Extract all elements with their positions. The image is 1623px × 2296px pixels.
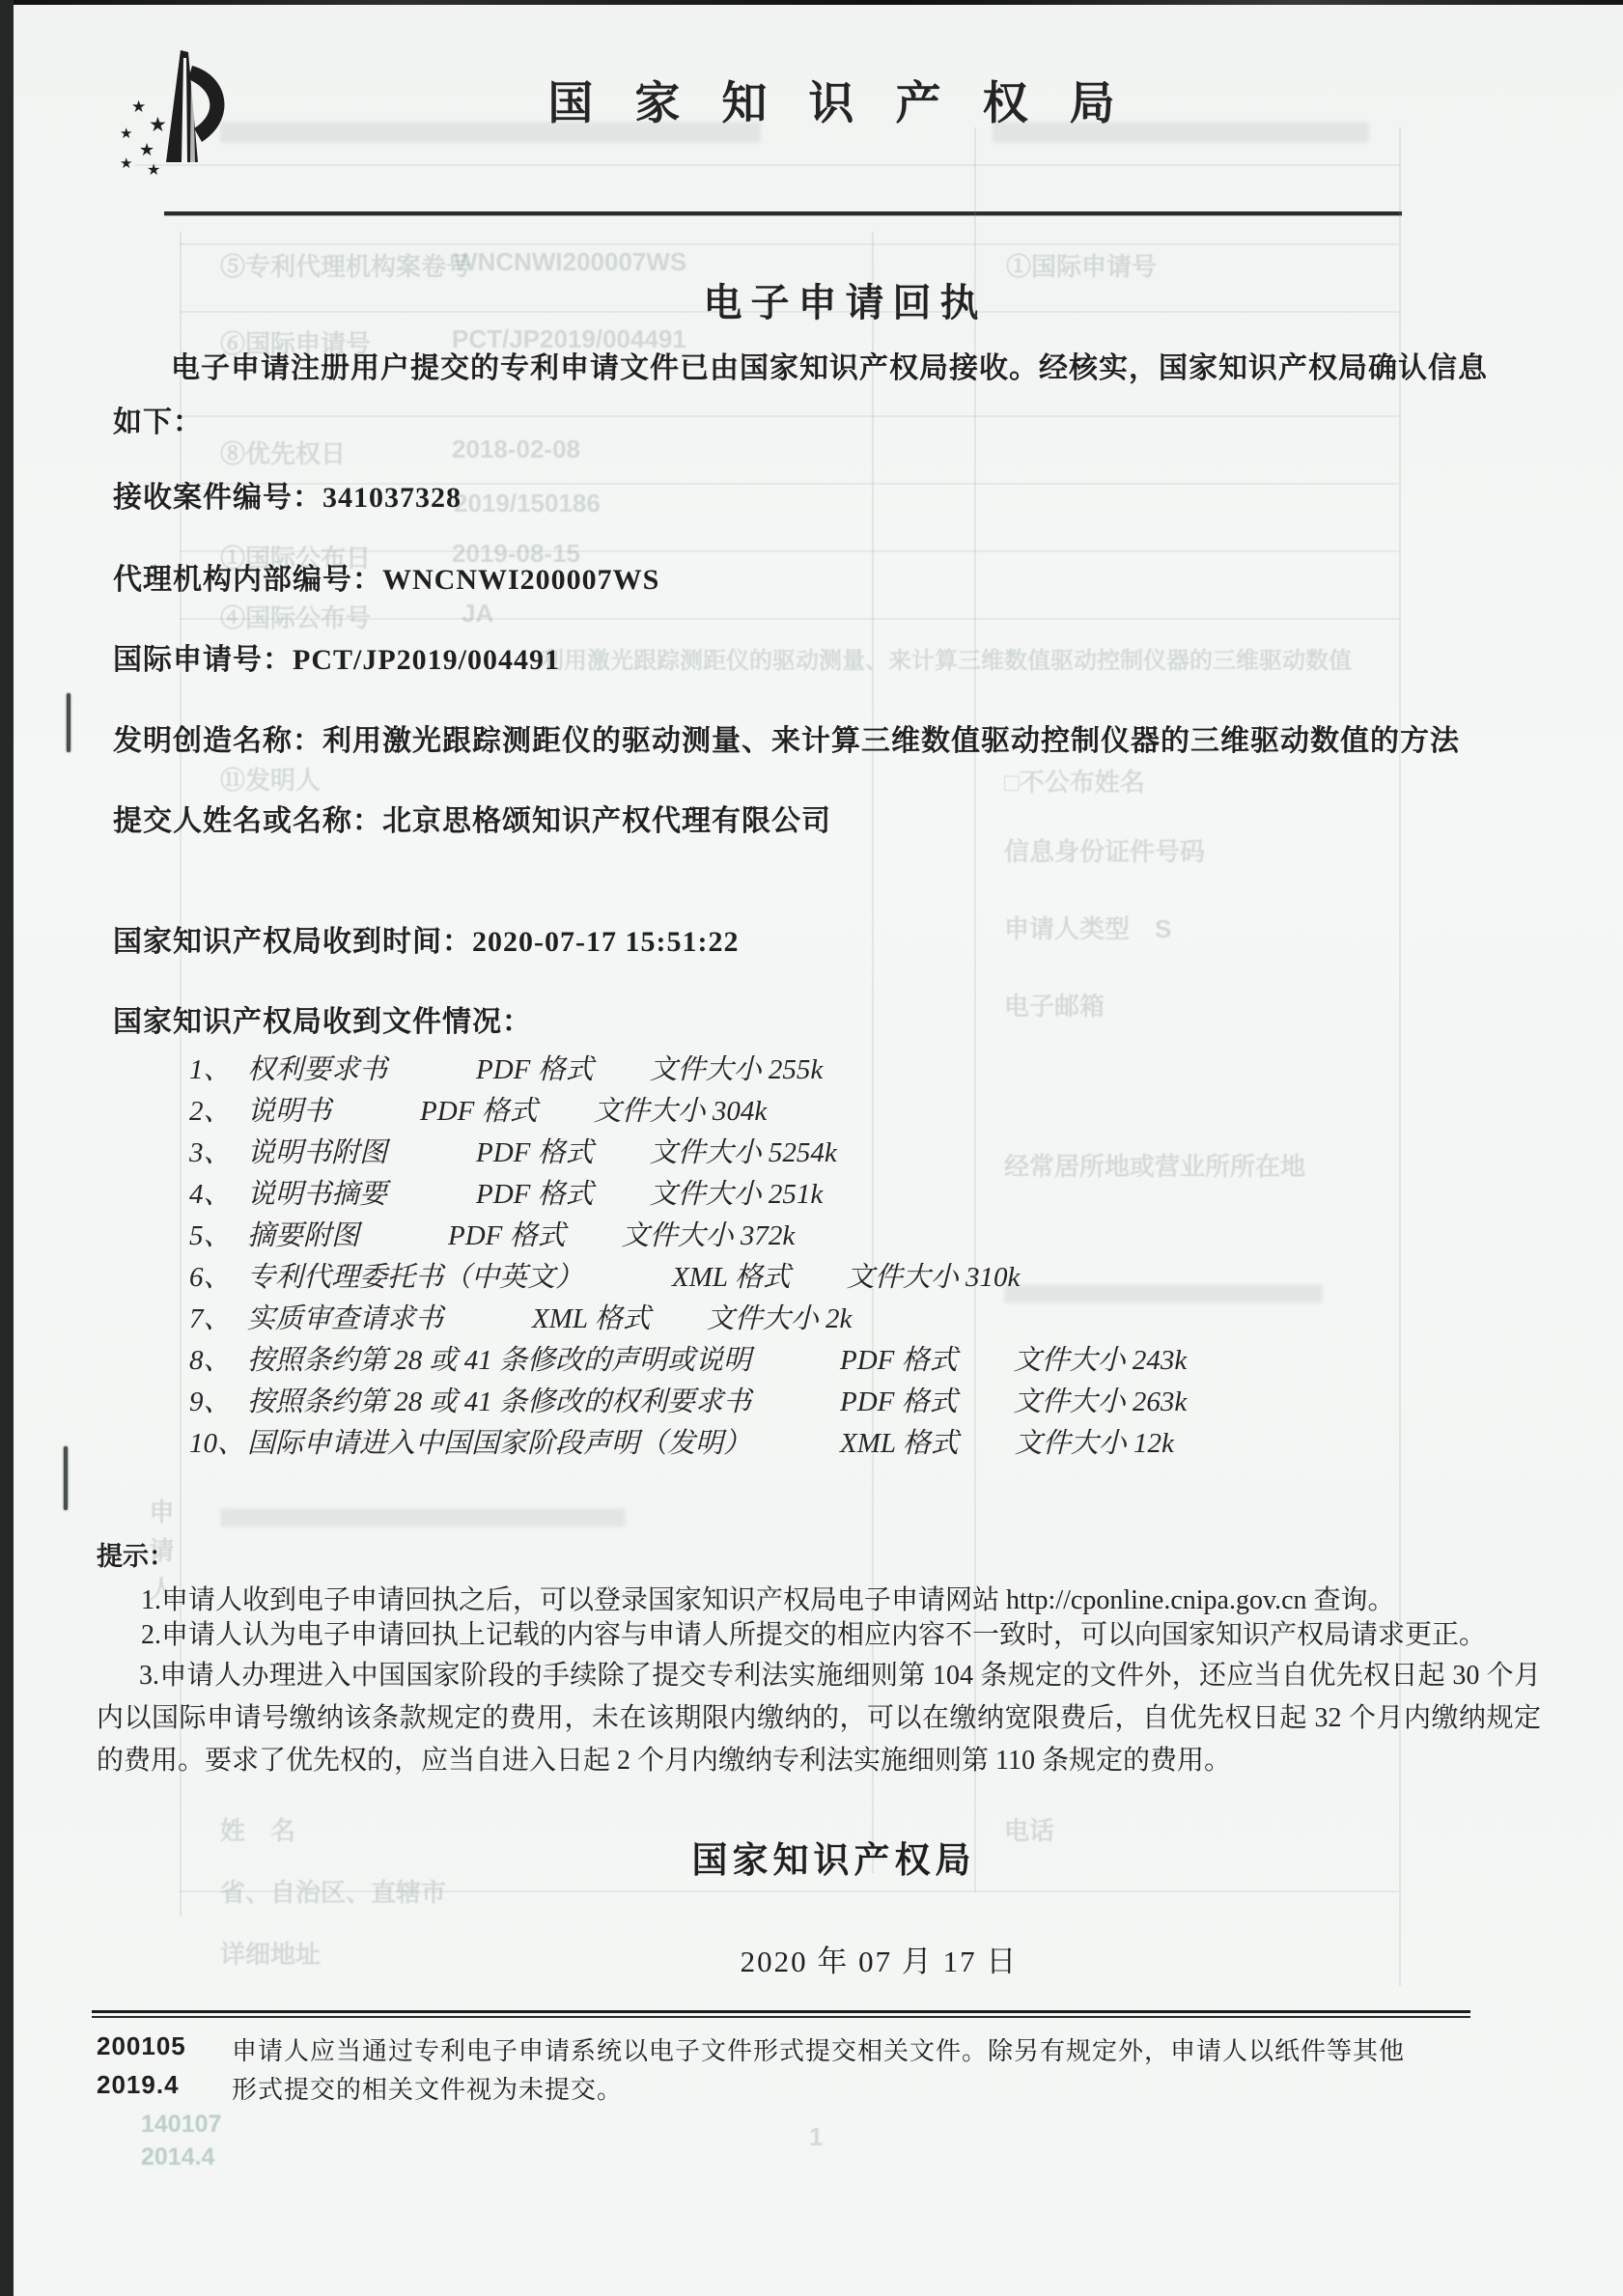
- file-number: 10、: [189, 1421, 247, 1461]
- ghost-fragment: □不公布姓名: [1004, 763, 1145, 798]
- ghost-illegible-row: [993, 122, 1369, 143]
- field-value: 北京思格颂知识产权代理有限公司: [382, 805, 831, 837]
- file-format: PDF 格式: [420, 1096, 538, 1127]
- file-format: PDF 格式: [840, 1386, 958, 1417]
- svg-text:★: ★: [149, 113, 167, 136]
- svg-text:★: ★: [120, 125, 132, 142]
- file-number: 9、: [189, 1380, 247, 1419]
- svg-text:★: ★: [147, 160, 160, 179]
- file-row: 4、说明书摘要PDF 格式文件大小 251k: [189, 1172, 823, 1212]
- footer-rule: [92, 2016, 1470, 2018]
- file-size: 文件大小 372k: [622, 1220, 796, 1251]
- form-code-date: 2019.4: [97, 2070, 180, 2100]
- ghost-fragment: JA: [462, 599, 493, 629]
- file-name: 摘要附图: [247, 1220, 359, 1251]
- intro-line: 电子申请注册用户提交的专利申请文件已由国家知识产权局接收。经核实，国家知识产权局…: [171, 344, 1488, 386]
- signature-date: 2020 年 07 月 17 日: [0, 1937, 1623, 1980]
- signature-org: 国家知识产权局: [0, 1831, 1623, 1883]
- field-label: 代理机构内部编号：: [113, 564, 382, 596]
- field-value: 2020-07-17 15:51:22: [472, 926, 739, 958]
- note-item: 2.申请人认为电子申请回执上记载的内容与申请人所提交的相应内容不一致时，可以向国…: [141, 1613, 1486, 1652]
- ghost-fragment: 申请人类型 S: [1004, 910, 1171, 945]
- file-row: 9、按照条约第 28 或 41 条修改的权利要求书PDF 格式文件大小 263k: [189, 1380, 1187, 1419]
- file-name: 说明书: [247, 1096, 331, 1127]
- file-format: PDF 格式: [476, 1054, 594, 1085]
- field-row: 国际申请号：PCT/JP2019/004491: [113, 635, 560, 678]
- file-name: 权利要求书: [247, 1054, 387, 1085]
- ghost-form-code: 140107: [141, 2111, 221, 2139]
- field-label: 国际申请号：: [113, 644, 293, 676]
- field-label: 发明创造名称：: [113, 725, 322, 757]
- footer-note-line: 形式提交的相关文件视为未提交。: [232, 2070, 623, 2106]
- file-number: 2、: [189, 1089, 247, 1129]
- file-name: 说明书摘要: [247, 1179, 387, 1210]
- file-format: XML 格式: [672, 1262, 791, 1293]
- note-item: 1.申请人收到电子申请回执之后，可以登录国家知识产权局电子申请网站 http:/…: [141, 1579, 1395, 1617]
- ghost-fragment: 2018-02-08: [452, 434, 580, 464]
- field-value: 341037328: [322, 482, 462, 514]
- file-name: 专利代理委托书（中英文）: [247, 1262, 583, 1293]
- ghost-fragment: ⑪发明人: [220, 761, 321, 797]
- file-format: XML 格式: [532, 1303, 651, 1334]
- ghost-illegible-row: [1004, 1284, 1323, 1303]
- scan-top-edge: [0, 0, 1623, 5]
- svg-text:★: ★: [139, 140, 154, 160]
- staple-mark: [64, 1446, 68, 1510]
- footer-note-line: 申请人应当通过专利电子申请系统以电子文件形式提交相关文件。除另有规定外，申请人以…: [232, 2031, 1405, 2067]
- file-name: 按照条约第 28 或 41 条修改的权利要求书: [247, 1386, 751, 1417]
- scanned-receipt-page: ⑤专利代理机构案卷号 WNCNWI200007WS ①国际申请号 ⑥国际申请号 …: [0, 0, 1623, 2296]
- svg-text:★: ★: [131, 98, 146, 117]
- file-size: 文件大小 12k: [1015, 1428, 1174, 1459]
- ghost-table-line: [180, 415, 1399, 417]
- file-row: 6、专利代理委托书（中英文）XML 格式文件大小 310k: [189, 1255, 1020, 1295]
- field-value: PCT/JP2019/004491: [293, 644, 560, 676]
- file-number: 6、: [189, 1255, 247, 1295]
- file-row: 1、权利要求书PDF 格式文件大小 255k: [189, 1048, 823, 1087]
- file-format: PDF 格式: [448, 1220, 566, 1251]
- field-label: 国家知识产权局收到时间：: [113, 926, 472, 958]
- ghost-fragment: WNCNWI200007WS: [454, 247, 686, 277]
- notes-heading: 提示：: [97, 1535, 175, 1573]
- file-row: 8、按照条约第 28 或 41 条修改的声明或说明PDF 格式文件大小 243k: [189, 1338, 1187, 1378]
- file-row: 10、国际申请进入中国国家阶段声明（发明）XML 格式文件大小 12k: [189, 1421, 1174, 1461]
- file-size: 文件大小 251k: [650, 1179, 824, 1210]
- file-number: 8、: [189, 1338, 247, 1378]
- ghost-page-number: 1: [809, 2122, 823, 2152]
- ghost-fragment: 电子邮箱: [1004, 987, 1105, 1022]
- header-rule: [164, 211, 1402, 215]
- ghost-fragment: ⑤专利代理机构案卷号: [220, 247, 471, 283]
- ghost-form-code: 2014.4: [141, 2143, 214, 2171]
- footer-rule: [92, 2010, 1470, 2013]
- ghost-illegible-row: [220, 122, 761, 143]
- field-row: 代理机构内部编号：WNCNWI200007WS: [113, 555, 659, 598]
- file-size: 文件大小 304k: [594, 1096, 768, 1127]
- ghost-fragment: 信息身份证件号码: [1004, 832, 1205, 868]
- file-number: 4、: [189, 1172, 247, 1212]
- file-format: XML 格式: [840, 1428, 959, 1459]
- ghost-illegible-row: [220, 1508, 626, 1527]
- file-format: PDF 格式: [840, 1345, 958, 1376]
- file-name: 说明书附图: [247, 1137, 387, 1168]
- ghost-fragment: ④国际公布号: [220, 599, 371, 634]
- file-number: 5、: [189, 1214, 247, 1253]
- cnipa-logo-icon: ★ ★ ★ ★ ★ ★: [104, 46, 268, 182]
- field-value: WNCNWI200007WS: [382, 564, 659, 596]
- field-label: 接收案件编号：: [113, 482, 322, 514]
- ghost-table-line: [180, 243, 1399, 245]
- file-size: 文件大小 263k: [1014, 1386, 1188, 1417]
- ghost-fragment: ⑧优先权日: [220, 434, 346, 470]
- file-name: 按照条约第 28 或 41 条修改的声明或说明: [247, 1345, 751, 1376]
- field-row: 国家知识产权局收到时间：2020-07-17 15:51:22: [113, 917, 739, 960]
- file-number: 1、: [189, 1048, 247, 1087]
- ghost-fragment: 经常居所地或营业所所在地: [1004, 1147, 1305, 1183]
- file-number: 7、: [189, 1297, 247, 1336]
- ghost-fragment: 利用激光跟踪测距仪的驱动测量、来计算三维数值驱动控制仪器的三维驱动数值: [541, 641, 1352, 675]
- file-size: 文件大小 310k: [847, 1262, 1021, 1293]
- ghost-fragment: 2019/150186: [454, 489, 601, 518]
- ghost-table-line: [135, 164, 1400, 166]
- file-row: 2、说明书PDF 格式文件大小 304k: [189, 1089, 767, 1129]
- svg-text:★: ★: [120, 154, 132, 172]
- field-label: 提交人姓名或名称：: [113, 805, 382, 837]
- file-format: PDF 格式: [476, 1137, 594, 1168]
- file-format: PDF 格式: [476, 1179, 594, 1210]
- field-row: 提交人姓名或名称：北京思格颂知识产权代理有限公司: [113, 797, 831, 839]
- ghost-fragment: ①国际申请号: [1006, 247, 1157, 283]
- file-row: 7、实质审查请求书XML 格式文件大小 2k: [189, 1297, 852, 1336]
- file-row: 3、说明书附图PDF 格式文件大小 5254k: [189, 1131, 837, 1170]
- file-size: 文件大小 243k: [1014, 1345, 1188, 1376]
- file-size: 文件大小 255k: [650, 1054, 824, 1085]
- file-size: 文件大小 2k: [707, 1303, 853, 1334]
- file-row: 5、摘要附图PDF 格式文件大小 372k: [189, 1214, 795, 1253]
- staple-mark: [67, 693, 70, 752]
- form-code: 200105: [97, 2031, 186, 2061]
- field-row: 接收案件编号：341037328: [113, 473, 462, 516]
- intro-line: 如下：: [113, 398, 203, 440]
- file-name: 实质审查请求书: [247, 1303, 443, 1334]
- file-size: 文件大小 5254k: [650, 1137, 837, 1168]
- file-name: 国际申请进入中国国家阶段声明（发明）: [247, 1428, 751, 1459]
- files-heading: 国家知识产权局收到文件情况：: [113, 997, 532, 1040]
- note-item: 3.申请人办理进入中国国家阶段的手续除了提交专利法实施细则第 104 条规定的文…: [97, 1655, 1541, 1782]
- file-number: 3、: [189, 1131, 247, 1170]
- ghost-table-line: [180, 311, 1399, 313]
- field-row: 发明创造名称：利用激光跟踪测距仪的驱动测量、来计算三维数值驱动控制仪器的三维驱动…: [113, 716, 1460, 759]
- field-value: 利用激光跟踪测距仪的驱动测量、来计算三维数值驱动控制仪器的三维驱动数值的方法: [322, 725, 1460, 757]
